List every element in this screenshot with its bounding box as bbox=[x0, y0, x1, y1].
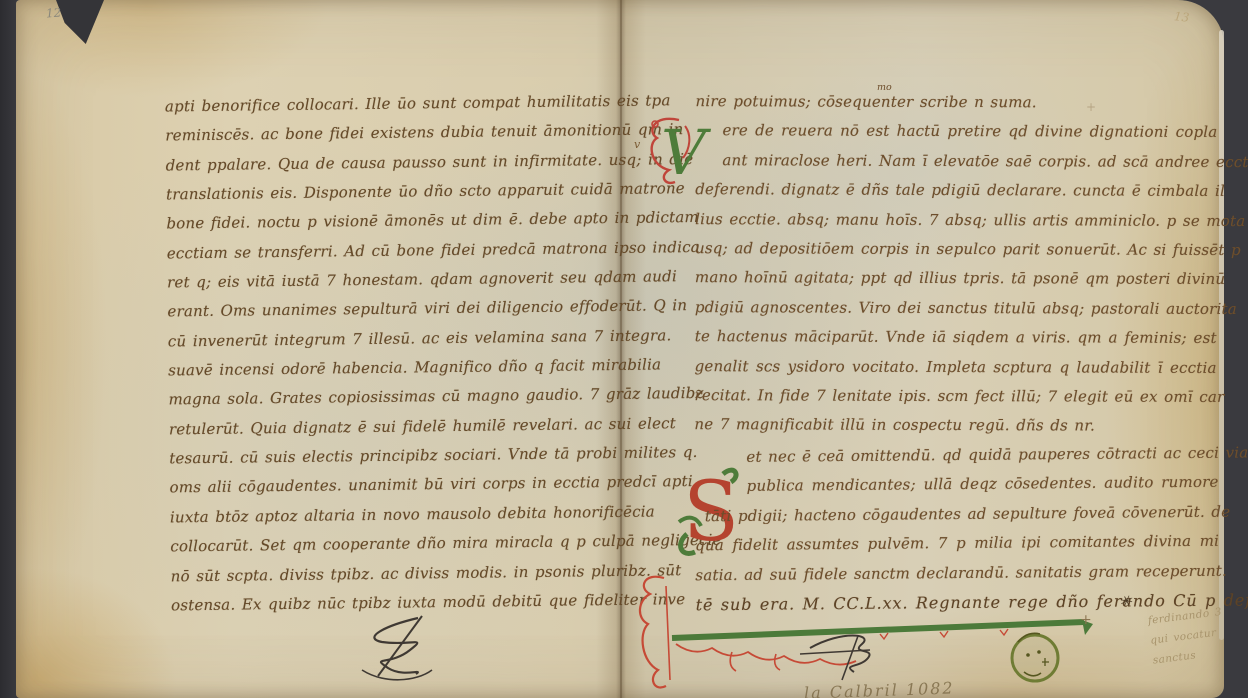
text-line: publica mendicantes; ullā deqz cōsedente… bbox=[694, 468, 1218, 502]
text-line: pdigiū agnoscentes. Viro dei sanctus tit… bbox=[695, 293, 1217, 324]
text-line: ere de reuera nō est hactū pretire qd di… bbox=[695, 116, 1217, 147]
margin-note-ferdinando: ferdinando 3qui vocatursanctus bbox=[1147, 597, 1248, 670]
text-line: oms alii cōgaudentes. unanimit bū viri c… bbox=[169, 469, 567, 503]
ink-paraph-left bbox=[332, 612, 452, 684]
ink-paraph-right bbox=[798, 628, 908, 686]
text-line: lius ecctie. absq; manu hoīs. 7 absq; ul… bbox=[695, 205, 1217, 236]
margin-asterisk-mark: ✳ bbox=[1118, 591, 1134, 611]
text-line: collocarūt. Set qm cooperante dño mira m… bbox=[170, 528, 568, 562]
text-line: deferendi. dignatz ē dñs tale pdigiū dec… bbox=[695, 175, 1217, 206]
text-line: et nec ē ceā omittendū. qd quidā paupere… bbox=[694, 439, 1218, 473]
text-line: tāti pdigii; hacteno cōgaudentes ad sepu… bbox=[695, 498, 1219, 532]
text-line: erant. Oms unanimes sepulturā viri dei d… bbox=[167, 293, 565, 327]
folio-number-left: 12 bbox=[46, 5, 62, 20]
text-line: reminiscēs. ac bone fidei existens dubia… bbox=[165, 117, 563, 151]
text-line: usq; ad depositiōem corpis in sepulco pa… bbox=[695, 234, 1217, 265]
top-margin-cross-mark: + bbox=[1086, 100, 1096, 114]
gutter-nota-mark: v bbox=[634, 138, 640, 151]
page-edge-sliver bbox=[1219, 30, 1224, 640]
left-page-text-block: apti benorifice collocari. Ille ūo sunt … bbox=[165, 88, 569, 621]
text-line: te hactenus māciparūt. Vnde iā siqdem a … bbox=[695, 322, 1217, 353]
text-line: bone fidei. noctu p visionē āmonēs ut di… bbox=[166, 205, 564, 239]
folio-number-right: 13 bbox=[1173, 9, 1190, 25]
text-line: mano hoīnū agitata; ppt qd illius tpris.… bbox=[695, 264, 1217, 295]
text-line: qua fidelit assumtes pulvēm. 7 p milia i… bbox=[695, 527, 1219, 561]
superscript-correction: mo bbox=[877, 82, 892, 93]
text-line: nire potuimus; cōsequenter scribe n suma… bbox=[696, 87, 1218, 118]
text-line: ne 7 magnificabit illū in cospectu regū.… bbox=[694, 411, 1216, 442]
text-line: magna sola. Grates copiosissimas cū magn… bbox=[168, 381, 566, 415]
text-line: nō sūt scpta. diviss tpibz. ac diviss mo… bbox=[171, 557, 569, 591]
text-line: genalit scs ysidoro vocitato. Impleta sc… bbox=[695, 352, 1217, 383]
manuscript-photo: 12 13 apti benorifice collocari. Ille ūo… bbox=[0, 0, 1248, 698]
margin-cross-mark: + bbox=[1080, 612, 1092, 628]
text-line: ant miraclose heri. Nam ī elevatōe saē c… bbox=[695, 146, 1217, 177]
text-line: recitat. In fide 7 lenitate ipis. scm fe… bbox=[694, 381, 1216, 412]
text-line: translationis eis. Disponente ūo dño sct… bbox=[166, 176, 564, 210]
right-page-paragraph-1: nire potuimus; cōsequenter scribe n suma… bbox=[694, 87, 1217, 442]
